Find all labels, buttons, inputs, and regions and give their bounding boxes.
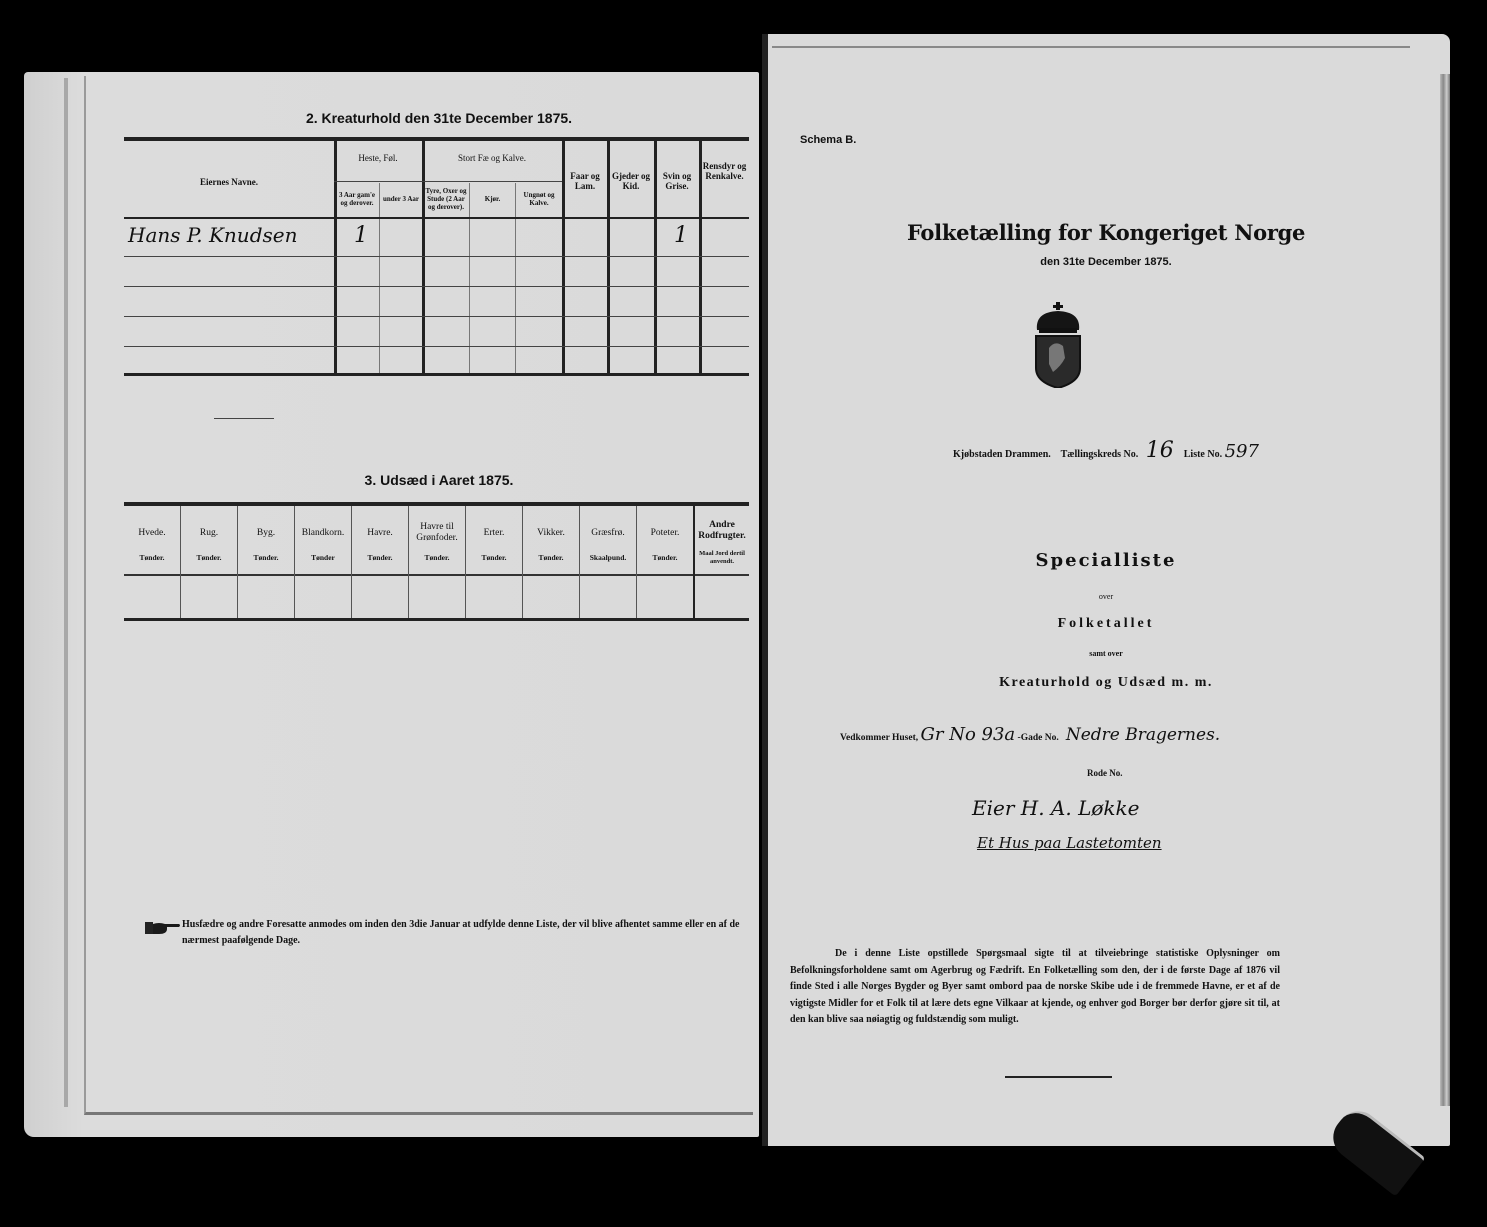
kreaturhold-title: 2. Kreaturhold den 31te December 1875. xyxy=(124,110,754,126)
udsaed-col-havre: Havre. Tønder. xyxy=(352,506,408,618)
rode-label: Rode No. xyxy=(1087,768,1123,778)
column-divider xyxy=(379,183,380,373)
header-ungnot: Ungnøt og Kalve. xyxy=(516,191,562,207)
header-heste-3aar: 3 Aar gam'e og derover. xyxy=(335,191,379,207)
house-handwritten-line: Et Hus paa Lastetomten xyxy=(977,834,1162,852)
header-owner: Eiernes Navne. xyxy=(124,177,334,187)
census-date: den 31te December 1875. xyxy=(762,256,1450,268)
left-page: 2. Kreaturhold den 31te December 1875. E… xyxy=(24,72,759,1137)
column-divider xyxy=(334,141,337,373)
udsaed-col-havre-gronfoder: Havre til Grønfoder. Tønder. xyxy=(409,506,465,618)
header-heste-under3: under 3 Aar xyxy=(380,195,422,203)
census-explanation-paragraph: De i denne Liste opstillede Spørgsmaal s… xyxy=(790,946,1280,1029)
header-svin: Svin og Grise. xyxy=(655,171,699,191)
udsaed-col-poteter: Poteter. Tønder. xyxy=(637,506,693,618)
udsaed-col-andre-rodfrugter: Andre Rodfrugter. Maal Jord dertil anven… xyxy=(695,506,749,618)
header-tyre: Tyre, Oxer og Stude (2 Aar og derover). xyxy=(423,187,469,211)
census-title: Folketælling for Kongeriget Norge xyxy=(762,220,1450,245)
vedkommer-label: Vedkommer Huset, xyxy=(840,733,918,743)
taellingskreds-label: Tællingskreds No. xyxy=(1061,449,1139,460)
header-gjeder: Gjeder og Kid. xyxy=(608,171,654,191)
row-rule xyxy=(124,316,749,317)
samt-over-text: samt over xyxy=(762,649,1450,658)
udsaed-col-byg: Byg. Tønder. xyxy=(238,506,294,618)
udsaed-col-graesfro: Græsfrø. Skaalpund. xyxy=(580,506,636,618)
taellingskreds-value: 16 xyxy=(1146,438,1174,463)
udsaed-col-hvede: Hvede. Tønder. xyxy=(124,506,180,618)
specialliste-heading: Specialliste xyxy=(762,550,1450,571)
schema-label: Schema B. xyxy=(800,134,856,146)
udsaed-col-vikker: Vikker. Tønder. xyxy=(523,506,579,618)
heste-3aar-cell: 1 xyxy=(354,223,368,248)
pointing-hand-icon xyxy=(145,921,181,935)
row-rule xyxy=(124,346,749,347)
location-row: Kjøbstaden Drammen. Tællingskreds No. 16… xyxy=(762,438,1450,463)
liste-value: 597 xyxy=(1225,441,1259,462)
udsaed-col-blandkorn: Blandkorn. Tønder xyxy=(295,506,351,618)
right-page: Schema B. Folketælling for Kongeriget No… xyxy=(762,34,1450,1146)
address-row: Vedkommer Huset, Gr No 93a -Gade No. Ned… xyxy=(840,724,1220,745)
header-heste: Heste, Føl. xyxy=(334,153,422,163)
subheader-rule xyxy=(334,181,562,182)
huset-value: Gr No 93a xyxy=(921,724,1016,745)
column-divider xyxy=(422,141,425,373)
header-kjor: Kjør. xyxy=(470,195,515,203)
header-rule xyxy=(124,217,749,219)
kreaturhold-table: Eiernes Navne. Heste, Føl. 3 Aar gam'e o… xyxy=(124,137,749,376)
header-rensdyr: Rensdyr og Renkalve. xyxy=(700,161,749,181)
folketallet-heading: Folketallet xyxy=(762,616,1450,632)
page-gutter xyxy=(762,34,768,1146)
svin-cell: 1 xyxy=(674,223,688,248)
header-stort: Stort Fæ og Kalve. xyxy=(422,153,562,163)
gade-value: Nedre Bragernes. xyxy=(1066,725,1220,745)
kjobstad-label: Kjøbstaden Drammen. xyxy=(953,449,1051,460)
owner-handwritten-line: Eier H. A. Løkke xyxy=(972,796,1139,820)
over-text: over xyxy=(762,592,1450,601)
column-divider xyxy=(515,183,516,373)
coat-of-arms-icon xyxy=(1031,302,1085,388)
row-rule xyxy=(124,256,749,257)
kreaturhold-udsaed-heading: Kreaturhold og Udsæd m. m. xyxy=(762,675,1450,691)
udsaed-col-rug: Rug. Tønder. xyxy=(181,506,237,618)
liste-label: Liste No. xyxy=(1184,449,1222,460)
udsaed-title: 3. Udsæd i Aaret 1875. xyxy=(124,472,754,488)
column-divider xyxy=(469,183,470,373)
gade-label: -Gade No. xyxy=(1018,733,1059,743)
udsaed-table: Hvede. Tønder. Rug. Tønder. Byg. Tønder.… xyxy=(124,502,749,621)
page-edge-shadow xyxy=(64,78,68,1107)
row-rule xyxy=(124,286,749,287)
page-top-band xyxy=(772,46,1410,48)
instructions-notice: Husfædre og andre Foresatte anmodes om i… xyxy=(182,917,742,949)
header-faar: Faar og Lam. xyxy=(563,171,607,191)
owner-name-cell: Hans P. Knudsen xyxy=(128,223,297,247)
divider-rule xyxy=(214,418,274,419)
end-rule xyxy=(1005,1076,1112,1078)
udsaed-col-erter: Erter. Tønder. xyxy=(466,506,522,618)
